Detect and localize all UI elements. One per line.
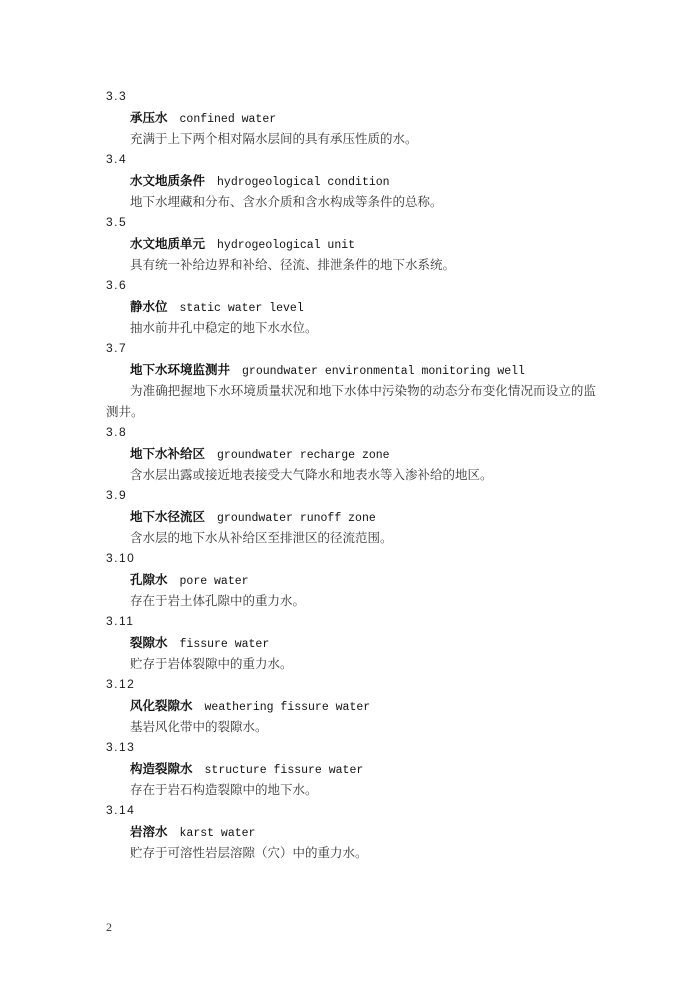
clause-number: 3.5 [106,212,596,233]
term-english: groundwater runoff zone [217,512,376,525]
clause-number: 3.8 [106,422,596,443]
term-definition: 具有统一补给边界和补给、径流、排泄条件的地下水系统。 [106,254,596,275]
term-heading: 地下水补给区groundwater recharge zone [106,443,596,464]
term-definition: 地下水埋藏和分布、含水介质和含水构成等条件的总称。 [106,191,596,212]
term-chinese: 水文地质单元 [130,236,205,251]
term-definition: 贮存于可溶性岩层溶隙（穴）中的重力水。 [106,842,596,863]
term-chinese: 孔隙水 [130,572,168,587]
term-chinese: 地下水环境监测井 [130,362,230,377]
term-definition: 为准确把握地下水环境质量状况和地下水体中污染物的动态分布变化情况而设立的监测井。 [106,380,596,422]
clause-number: 3.13 [106,737,596,758]
term-entry-3-6: 3.6 静水位static water level 抽水前井孔中稳定的地下水水位… [106,275,596,338]
term-heading: 水文地质单元hydrogeological unit [106,233,596,254]
term-entry-3-8: 3.8 地下水补给区groundwater recharge zone 含水层出… [106,422,596,485]
term-entry-3-12: 3.12 风化裂隙水weathering fissure water 基岩风化带… [106,674,596,737]
term-english: confined water [180,113,277,126]
term-heading: 孔隙水pore water [106,569,596,590]
term-heading: 地下水径流区groundwater runoff zone [106,506,596,527]
clause-number: 3.10 [106,548,596,569]
term-chinese: 构造裂隙水 [130,761,193,776]
term-english: pore water [180,575,249,588]
term-entry-3-14: 3.14 岩溶水karst water 贮存于可溶性岩层溶隙（穴）中的重力水。 [106,800,596,863]
term-entry-3-11: 3.11 裂隙水fissure water 贮存于岩体裂隙中的重力水。 [106,611,596,674]
term-heading: 构造裂隙水structure fissure water [106,758,596,779]
term-entry-3-7: 3.7 地下水环境监测井groundwater environmental mo… [106,338,596,422]
term-english: groundwater environmental monitoring wel… [242,365,525,378]
term-heading: 裂隙水fissure water [106,632,596,653]
term-heading: 岩溶水karst water [106,821,596,842]
term-definition: 含水层出露或接近地表接受大气降水和地表水等入渗补给的地区。 [106,464,596,485]
term-heading: 风化裂隙水weathering fissure water [106,695,596,716]
term-entry-3-13: 3.13 构造裂隙水structure fissure water 存在于岩石构… [106,737,596,800]
term-definition: 基岩风化带中的裂隙水。 [106,716,596,737]
term-chinese: 水文地质条件 [130,173,205,188]
term-english: weathering fissure water [205,701,371,714]
term-definition: 抽水前井孔中稳定的地下水水位。 [106,317,596,338]
term-english: groundwater recharge zone [217,449,390,462]
clause-number: 3.9 [106,485,596,506]
term-entry-3-9: 3.9 地下水径流区groundwater runoff zone 含水层的地下… [106,485,596,548]
term-definition: 存在于岩石构造裂隙中的地下水。 [106,779,596,800]
term-entry-3-5: 3.5 水文地质单元hydrogeological unit 具有统一补给边界和… [106,212,596,275]
clause-number: 3.4 [106,149,596,170]
term-heading: 承压水confined water [106,107,596,128]
term-heading: 水文地质条件hydrogeological condition [106,170,596,191]
term-english: hydrogeological condition [217,176,390,189]
term-chinese: 地下水补给区 [130,446,205,461]
term-english: static water level [180,302,304,315]
term-definition: 含水层的地下水从补给区至排泄区的径流范围。 [106,527,596,548]
clause-number: 3.3 [106,86,596,107]
term-english: fissure water [180,638,270,651]
term-chinese: 岩溶水 [130,824,168,839]
term-heading: 静水位static water level [106,296,596,317]
term-chinese: 静水位 [130,299,168,314]
term-chinese: 承压水 [130,110,168,125]
clause-number: 3.11 [106,611,596,632]
term-english: hydrogeological unit [217,239,355,252]
page-number: 2 [106,920,112,935]
term-entry-3-3: 3.3 承压水confined water 充满于上下两个相对隔水层间的具有承压… [106,86,596,149]
term-entry-3-4: 3.4 水文地质条件hydrogeological condition 地下水埋… [106,149,596,212]
term-heading: 地下水环境监测井groundwater environmental monito… [106,359,596,380]
term-definition: 存在于岩土体孔隙中的重力水。 [106,590,596,611]
document-page-content: 3.3 承压水confined water 充满于上下两个相对隔水层间的具有承压… [106,86,596,863]
term-english: karst water [180,827,256,840]
clause-number: 3.6 [106,275,596,296]
term-entry-3-10: 3.10 孔隙水pore water 存在于岩土体孔隙中的重力水。 [106,548,596,611]
clause-number: 3.7 [106,338,596,359]
clause-number: 3.12 [106,674,596,695]
term-definition: 充满于上下两个相对隔水层间的具有承压性质的水。 [106,128,596,149]
term-definition: 贮存于岩体裂隙中的重力水。 [106,653,596,674]
term-chinese: 风化裂隙水 [130,698,193,713]
term-chinese: 裂隙水 [130,635,168,650]
term-chinese: 地下水径流区 [130,509,205,524]
term-english: structure fissure water [205,764,364,777]
clause-number: 3.14 [106,800,596,821]
